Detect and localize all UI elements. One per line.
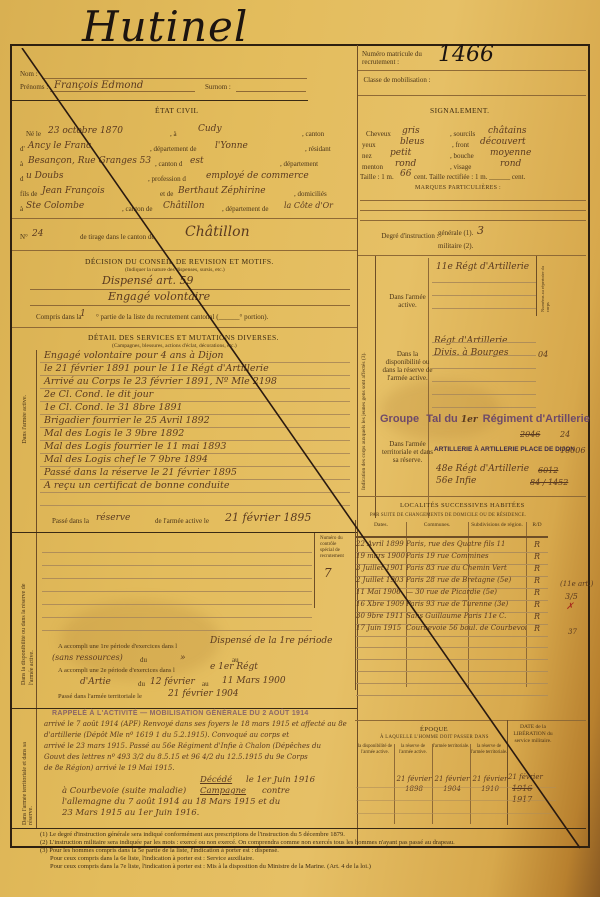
localites-date: 30 9bre 1911	[356, 612, 406, 620]
deces-place: à Courbevoie (suite maladie)	[62, 786, 186, 796]
campagne-text: contre	[262, 786, 290, 796]
localites-date: 11 Mai 1906	[356, 588, 406, 596]
canton-label: , canton	[302, 130, 324, 138]
cheveux-label: Cheveux	[366, 130, 391, 138]
periode2-au-value: 11 Mars 1900	[222, 676, 286, 686]
passe-date: 21 février 1895	[225, 511, 311, 524]
service-entry: Passé dans la réserve le 21 février 1895	[44, 467, 237, 478]
dep2-value: u Doubs	[26, 171, 63, 181]
service-entry: Mal des Logis le 3 9bre 1892	[44, 428, 184, 439]
periode2-label: A accompli une 2e période d'exercices da…	[58, 667, 175, 674]
visage-value: rond	[500, 159, 521, 169]
margin-note-2: 3/5	[565, 592, 578, 601]
ne-le-value: 23 octobre 1870	[48, 126, 123, 136]
generale-label: générale (1).	[438, 229, 473, 237]
mere-value: Berthaut Zéphirine	[178, 186, 266, 196]
domicile-value: Ste Colombe	[26, 201, 84, 211]
localites-commune: Sans Guillaume Paris 11e C.	[406, 612, 526, 620]
epoque-col-header: la disponibilité de l'armée active.	[356, 744, 394, 755]
footnotes: (1) Le degré d'instruction générale sera…	[40, 831, 580, 871]
departement2-label: , département	[280, 160, 318, 168]
nez-value: petit	[390, 148, 411, 158]
epoque-subtitle: À LAQUELLE L'HOMME DOIT PASSER DANS	[380, 735, 489, 740]
localites-commune: Paris 28 rue de Bretagne (5e)	[406, 576, 526, 584]
menton-label: menton	[362, 163, 383, 171]
signalement-title: SIGNALEMENT.	[430, 106, 489, 115]
nom-label: Nom :	[20, 70, 38, 78]
sourcils-value: châtains	[488, 126, 526, 136]
pere-value: Jean François	[42, 186, 105, 196]
epoque-col-header: la réserve de l'armée active.	[394, 744, 432, 755]
reserve-num: 04	[538, 350, 548, 359]
territoriale-entry: Gouvt des lettres nº 493 3/2 du 8.5.15 e…	[44, 753, 308, 761]
periode1-value: Dispensé de la 1re période	[210, 636, 332, 646]
compris-label: Compris dans la	[36, 313, 82, 321]
passe-value: réserve	[96, 513, 130, 523]
front-value: découvert	[480, 137, 526, 147]
terr-line1: 48e Régt d'Artillerie	[436, 464, 529, 474]
periode2-au-label: au	[202, 680, 209, 688]
campagne-line2: l'allemagne du 7 août 1914 au 18 Mars 19…	[62, 797, 280, 807]
nez-label: nez	[362, 152, 372, 160]
localites-col-header: Communes.	[406, 522, 468, 528]
territoriale-side-label: Dans l'armée territoriale et dans sa rés…	[22, 735, 34, 825]
localites-col-header: Subdivisions de région.	[468, 522, 526, 528]
deces-label: Décédé	[200, 775, 232, 785]
d-label: d'	[20, 145, 25, 153]
decision-line2: Engagé volontaire	[108, 290, 210, 303]
taille-label: Taille : 1 m.	[360, 173, 394, 181]
yeux-value: bleus	[400, 137, 424, 147]
bouche-value: moyenne	[490, 148, 531, 158]
localites-date: 17 Juin 1915	[356, 624, 406, 632]
localites-mark: R	[526, 624, 548, 633]
compris-value: 1	[80, 309, 86, 319]
disponibilite-side-label: Dans la disponibilité ou dans la réserve…	[20, 575, 38, 685]
liberation-title: DATE de la LIBÉRATION du service militai…	[510, 724, 556, 745]
periode2-unit: d'Artie	[80, 677, 111, 687]
footnote: (2) L'instruction militaire sera indiqué…	[40, 839, 580, 847]
service-entry: Brigadier fourrier le 25 Avril 1892	[44, 415, 210, 426]
margin-note-red: ✗	[566, 602, 574, 612]
etat-civil-title: ÉTAT CIVIL	[155, 106, 198, 115]
territoriale-entry: de 8e Région) arrivé le 19 Mai 1915.	[44, 764, 175, 772]
periode2-value: e 1er Régt	[210, 662, 258, 672]
repertoire-label: Numéros au répertoire du corps	[540, 262, 550, 312]
footnote: Pour ceux compris dans la 7e liste, l'in…	[40, 863, 580, 871]
periode1-du-value: »	[180, 653, 186, 663]
localites-date: 19 mars 1900	[356, 552, 406, 560]
localites-mark: R	[526, 552, 548, 561]
militaire-label: militaire (2).	[438, 242, 473, 250]
classe-label: Classe de mobilisation :	[362, 76, 432, 84]
localites-commune: — 30 rue de Picardie (5e)	[406, 588, 526, 596]
corps-active-label: Dans l'armée active.	[380, 293, 435, 309]
service-entry: 1e Cl. Cond. le 31 8bre 1891	[44, 402, 183, 413]
localites-date: 16 Xbre 1909	[356, 600, 406, 608]
prenoms-label: Prénoms :	[20, 83, 48, 91]
cheveux-value: gris	[402, 126, 420, 136]
corps-territorial-label: Dans l'armée territoriale et dans sa rés…	[380, 440, 435, 464]
localites-mark: R	[526, 588, 548, 597]
campagne-line3: 23 Mars 1915 au 1er Juin 1916.	[62, 808, 199, 818]
terr-line2: 56e Infie	[436, 476, 476, 486]
disponibilite-ruled-lines	[42, 540, 312, 640]
ne-le-label: Né le	[26, 130, 41, 138]
services-subtitle: (Campagnes, blessures, actions d'éclat, …	[112, 343, 237, 349]
yeux-label: yeux	[362, 141, 376, 149]
tirage-no-value: 24	[32, 229, 43, 239]
localites-row: 17 Juin 1915Courbevoie 56 boul. de Courb…	[356, 624, 548, 637]
territoriale-entry: arrivé le 23 mars 1915. Passé au 56e Rég…	[44, 742, 321, 750]
epoque-ruled-lines	[356, 775, 556, 825]
residence-value: Besançon, Rue Granges 53	[28, 156, 151, 166]
localites-date: 2 Juillet 1903	[356, 576, 406, 584]
footnote: Pour ceux compris dans la 6e liste, l'in…	[40, 855, 580, 863]
bouche-label: , bouche	[450, 152, 474, 160]
departement-value: l'Yonne	[215, 141, 248, 151]
domicile-prefix: à	[20, 205, 23, 213]
terr-line2-num: 84 / 1452	[530, 478, 568, 487]
menton-value: rond	[395, 159, 416, 169]
et-de-label: et de	[160, 190, 173, 198]
canton3-value: Châtillon	[163, 201, 205, 211]
groupe-stamp: Groupe Tal du 1er Régiment d'Artillerie	[380, 413, 590, 425]
canton3-label: , canton de	[122, 205, 153, 213]
matricule-label: Numéro matricule du recrutement :	[362, 50, 432, 66]
corps-side-label: Indication des corps auxquels les jeunes…	[361, 280, 367, 490]
service-entry: Engagé volontaire pour 4 ans à Dijon	[44, 350, 224, 361]
domicilies-label: , domiciliés	[294, 190, 327, 198]
departement3-value: la Côte d'Or	[284, 201, 333, 210]
front-label: , front	[452, 141, 469, 149]
territoriale-entry: arrivé le 7 août 1914 (APF) Renvoyé dans…	[44, 720, 347, 728]
departement-label: , département de	[150, 145, 196, 153]
tirage-no-label: N°	[20, 233, 28, 241]
canton2-label: , canton d	[155, 160, 182, 168]
localites-mark: R	[526, 564, 548, 573]
corps-reserve-label: Dans la disponibilité ou dans la réserve…	[380, 350, 435, 382]
surnom-label: Surnom :	[205, 83, 231, 91]
corps-reserve-lines	[432, 330, 536, 410]
localites-col-header: R/D	[526, 522, 548, 528]
controle-value: 7	[324, 566, 332, 580]
terr-num2: 16006	[560, 446, 585, 455]
localites-mark: R	[526, 600, 548, 609]
periode2-du-value: 12 février	[150, 677, 195, 687]
artillerie-stamp: ARTILLERIE À ARTILLERIE PLACE DE DIJON	[434, 446, 575, 453]
canton2-value: est	[190, 156, 204, 166]
sourcils-label: , sourcils	[450, 130, 475, 138]
a-label: , à	[170, 130, 177, 138]
localites-title: LOCALITÉS SUCCESSIVES HABITÉES	[400, 502, 525, 509]
periode1-note: (sans ressources)	[52, 653, 123, 662]
profession-value: employé de commerce	[206, 171, 309, 181]
canton-value: Ancy le Franc	[28, 141, 91, 151]
epoque-col-header: la réserve de l'armée territoriale.	[470, 744, 508, 755]
localites-commune: Paris, rue des Quatre fils 11	[406, 540, 526, 548]
departement3-label: , département de	[222, 205, 268, 213]
territoriale-entry: d'artillerie (Dépôt Mle nº 1619 1 du 5.2…	[44, 731, 289, 739]
decision-title: DÉCISION DU CONSEIL DE REVISION ET MOTIF…	[85, 257, 274, 266]
controle-label: Numéro du contrôle spécial de recrutemen…	[320, 536, 350, 560]
periode2-du-label: du	[138, 680, 145, 688]
localites-mark: R	[526, 540, 548, 549]
residence-prefix: à	[20, 160, 23, 168]
residant-label: , résidant	[305, 145, 331, 153]
footnote: (1) Le degré d'instruction générale sera…	[40, 831, 580, 839]
matricule-value: 1466	[438, 42, 494, 67]
localites-commune: Paris 83 rue du Chemin Vert	[406, 564, 526, 572]
epoque-title: ÉPOQUE	[420, 726, 448, 733]
campagne-label: Campagne	[200, 786, 246, 796]
terr-line1-num: 6012	[538, 466, 558, 475]
service-entry: A reçu un certificat de bonne conduite	[44, 480, 230, 491]
localites-date: 3 Juillet 1901	[356, 564, 406, 572]
service-entry: le 21 février 1891 pour le 11e Régt d'Ar…	[44, 363, 269, 374]
margin-note-1: (11e art.)	[560, 580, 593, 588]
profession-label: , profession d	[148, 175, 186, 183]
marques-label: MARQUES PARTICULIÈRES :	[415, 185, 501, 191]
localites-date: 22 Avril 1899	[356, 540, 406, 548]
passe-mid: de l'armée active le	[155, 517, 209, 525]
periode1-du-label: du	[140, 656, 147, 664]
localites-commune: Paris 93 rue de Turenne (3e)	[406, 600, 526, 608]
service-entry: Mal des Logis fourrier le 11 mai 1893	[44, 441, 226, 452]
taille-suffix: cent. Taille rectifiée : 1 m. ______ cen…	[414, 173, 525, 181]
territoriale-label: Passé dans l'armée territoriale le	[58, 693, 142, 700]
mobilisation-stamp: RAPPELÉ À L'ACTIVITÉ — MOBILISATION GÉNÉ…	[52, 710, 309, 717]
localites-mark: R	[526, 612, 548, 621]
passe-label: Passé dans la	[52, 517, 89, 525]
epoque-col-header: l'armée territoriale.	[432, 744, 470, 750]
tirage-canton-value: Châtillon	[185, 224, 250, 240]
groupe-stamp-1: Groupe	[380, 413, 419, 425]
localites-mark: R	[526, 576, 548, 585]
groupe-stamp-3: Régiment d'Artillerie	[483, 413, 590, 425]
localites-subtitle: PAR SUITE DE CHANGEMENTS DE DOMICILE OU …	[370, 513, 526, 518]
prenoms-value: François Edmond	[54, 80, 143, 91]
a-value: Cudy	[198, 124, 222, 134]
generale-value: 3	[477, 224, 484, 237]
visage-label: , visage	[450, 163, 471, 171]
services-title: DÉTAIL DES SERVICES ET MUTATIONS DIVERSE…	[88, 333, 279, 342]
deces-date: le 1er Juin 1916	[246, 775, 315, 785]
service-entry: 2e Cl. Cond. le dit jour	[44, 389, 153, 400]
degre-label: Degré d'instruction :	[380, 232, 440, 241]
dep2-prefix: d	[20, 175, 24, 183]
fils-label: fils de	[20, 190, 37, 198]
compris-suffix: ° partie de la liste du recrutement cant…	[96, 313, 268, 321]
territoriale-value: 21 février 1904	[168, 689, 239, 699]
taille-value: 66	[400, 169, 411, 179]
groupe-stamp-2: Tal du	[426, 413, 458, 425]
margin-note-3: 37	[568, 628, 577, 636]
services-side-label: Dans l'armée active.	[22, 395, 28, 444]
corps-active-lines	[432, 270, 536, 320]
localites-commune: Paris 19 rue Commines	[406, 552, 526, 560]
service-entry: Arrivé au Corps le 23 février 1891, Nº M…	[44, 376, 277, 387]
localites-commune: Courbevoie 56 boul. de Courbevoie	[406, 624, 526, 632]
localites-col-header: Dates.	[356, 522, 406, 528]
tirage-label: de tirage dans le canton de	[80, 233, 154, 241]
service-entry: Mal des Logis chef le 7 9bre 1894	[44, 454, 208, 465]
periode1-label: A accompli une 1re période d'exercices d…	[58, 643, 177, 650]
terr-num: 24	[560, 430, 570, 439]
groupe-stamp-num: 1er	[461, 415, 478, 425]
footnote: (3) Pour les hommes compris dans la 5e p…	[40, 847, 580, 855]
decision-subtitle: (Indiquer la nature des dispenses, sursi…	[125, 267, 225, 273]
decision-line1: Dispensé art. 59	[102, 274, 194, 287]
terr-num-struck: 2046	[520, 430, 540, 439]
